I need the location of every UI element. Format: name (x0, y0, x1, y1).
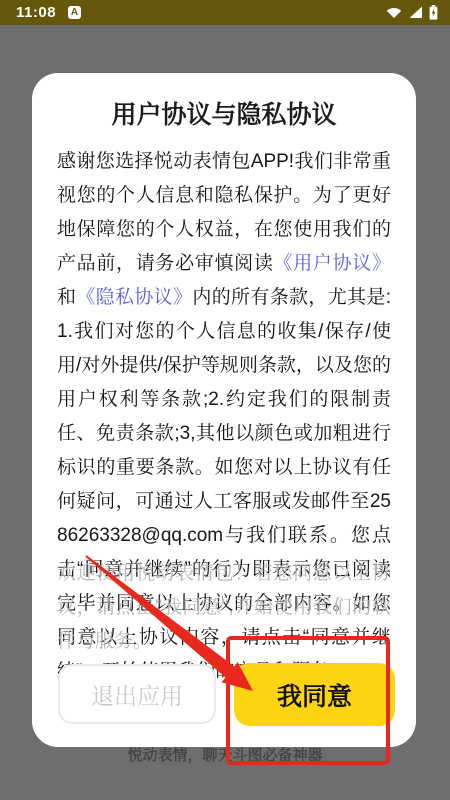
wifi-icon (386, 6, 402, 19)
dialog-title: 用户协议与隐私协议 (32, 95, 416, 131)
status-icons (386, 5, 438, 20)
agreement-text-conj: 和 (57, 287, 76, 308)
splash-tagline: 悦动表情，聊天斗图必备神器 (0, 744, 450, 765)
battery-charging-icon (429, 5, 438, 20)
status-bar: 11:08 A (0, 0, 450, 25)
exit-app-button[interactable]: 退出应用 (58, 664, 216, 724)
agree-button[interactable]: 我同意 (234, 663, 395, 726)
privacy-policy-link[interactable]: 《隐私协议》 (76, 287, 192, 308)
clock: 11:08 (16, 4, 56, 21)
app-letter-badge-icon: A (68, 6, 81, 19)
signal-icon (408, 6, 423, 19)
welcome-note: 欢迎使用悦动表情包！若您同意以上协议，请点击"我同意",开始使用我们的软件与服务… (57, 557, 391, 659)
privacy-dialog: 用户协议与隐私协议 感谢您选择悦动表情包APP!我们非常重视您的个人信息和隐私保… (32, 73, 416, 747)
user-agreement-link[interactable]: 《用户协议》 (274, 253, 391, 274)
